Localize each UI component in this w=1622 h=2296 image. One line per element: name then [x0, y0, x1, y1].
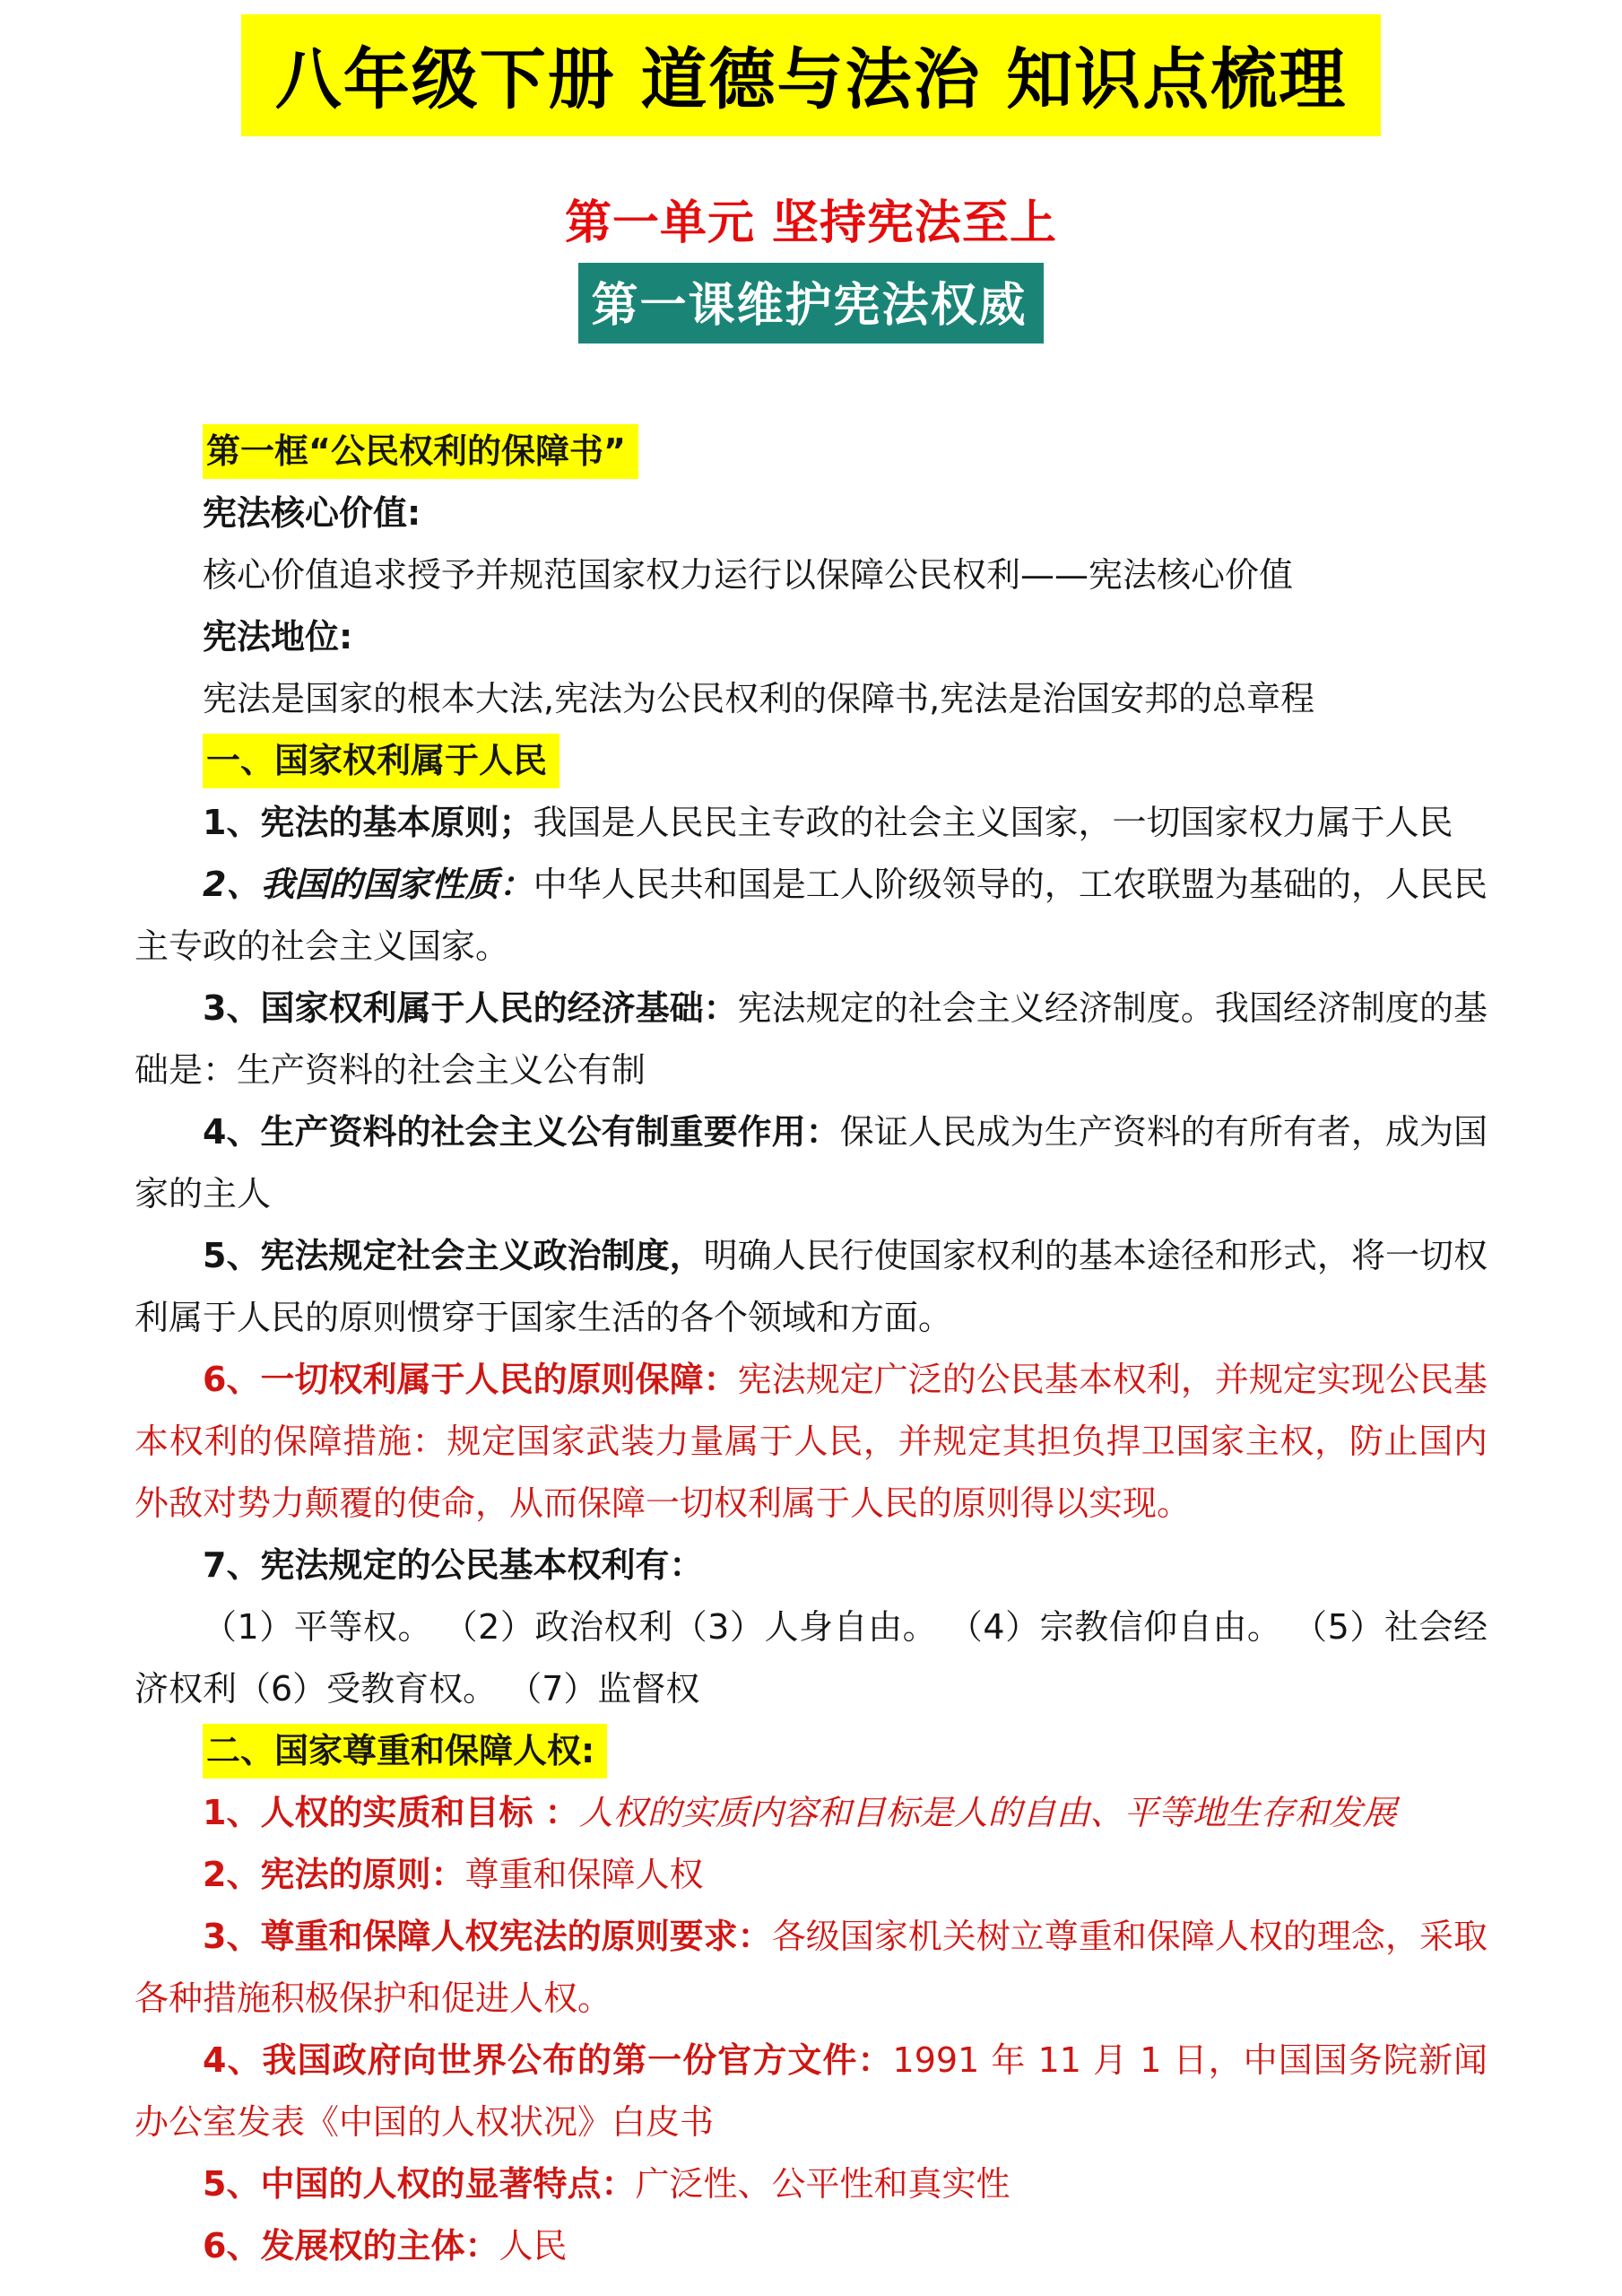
text-run: 人权的实质内容和目标是人的自由、平等地生存和发展 [579, 1793, 1397, 1832]
paragraph-s2-item-6: 6、发展权的主体：人民 [134, 2215, 1488, 2277]
text-run: 6、一切权利属于人民的原则保障： [203, 1360, 738, 1399]
paragraph-s1-item-4: 4、生产资料的社会主义公有制重要作用：保证人民成为生产资料的有所有者，成为国家的… [134, 1101, 1488, 1225]
text-run: 二、国家尊重和保障人权: [203, 1724, 607, 1779]
paragraph-s1-item-3: 3、国家权利属于人民的经济基础：宪法规定的社会主义经济制度。我国经济制度的基础是… [134, 978, 1488, 1101]
paragraph-status-text: 宪法是国家的根本大法,宪法为公民权利的保障书,宪法是治国安邦的总章程 [134, 668, 1488, 730]
paragraph-s1-item-6: 6、一切权利属于人民的原则保障：宪法规定广泛的公民基本权利，并规定实现公民基本权… [134, 1349, 1488, 1535]
text-run: 尊重和保障人权 [464, 1855, 703, 1894]
document-page: 八年级下册 道德与法治 知识点梳理 第一单元 坚持宪法至上 第一课维护宪法权威 … [0, 0, 1622, 2296]
text-run: 宪法核心价值: [203, 493, 421, 533]
paragraph-core-value-label: 宪法核心价值: [134, 483, 1488, 544]
text-run: 7、宪法规定的公民基本权利有： [203, 1545, 703, 1585]
paragraph-core-value-text: 核心价值追求授予并规范国家权力运行以保障公民权利——宪法核心价值 [134, 544, 1488, 606]
paragraph-s2-item-4: 4、我国政府向世界公布的第一份官方文件：1991 年 11 月 1 日，中国国务… [134, 2030, 1488, 2153]
paragraph-frame-heading: 第一框“公民权利的保障书” [134, 421, 1488, 483]
text-run: 5、中国的人权的显著特点： [203, 2164, 635, 2204]
paragraph-s2-item-1: 1、人权的实质和目标 ：人权的实质内容和目标是人的自由、平等地生存和发展 [134, 1782, 1488, 1844]
text-run: 6、发展权的主体： [203, 2226, 499, 2266]
paragraph-s2-item-5: 5、中国的人权的显著特点：广泛性、公平性和真实性 [134, 2153, 1488, 2215]
text-run: 人民 [499, 2226, 567, 2266]
document-title: 八年级下册 道德与法治 知识点梳理 [241, 14, 1382, 136]
document-body: 第一框“公民权利的保障书”宪法核心价值:核心价值追求授予并规范国家权力运行以保障… [134, 421, 1488, 2277]
text-run: 3、尊重和保障人权宪法的原则要求： [203, 1917, 772, 1956]
text-run: 1、人权的实质和目标 ： [203, 1793, 579, 1832]
text-run: 核心价值追求授予并规范国家权力运行以保障公民权利——宪法核心价值 [203, 555, 1293, 595]
paragraph-s1-item-1: 1、宪法的基本原则；我国是人民民主专政的社会主义国家，一切国家权力属于人民 [134, 792, 1488, 854]
paragraph-section-2-heading: 二、国家尊重和保障人权: [134, 1720, 1488, 1782]
text-run: 2、我国的国家性质： [203, 865, 533, 904]
paragraph-s2-item-2: 2、宪法的原则：尊重和保障人权 [134, 1844, 1488, 1906]
text-run: 一、国家权利属于人民 [203, 734, 559, 788]
paragraph-s1-item-5: 5、宪法规定社会主义政治制度，明确人民行使国家权利的基本途径和形式，将一切权利属… [134, 1225, 1488, 1349]
text-run: 宪法是国家的根本大法,宪法为公民权利的保障书,宪法是治国安邦的总章程 [203, 679, 1314, 718]
text-run: 3、国家权利属于人民的经济基础： [203, 988, 738, 1028]
text-run: 宪法地位: [203, 617, 352, 657]
paragraph-status-label: 宪法地位: [134, 606, 1488, 668]
paragraph-s1-item-2: 2、我国的国家性质：中华人民共和国是工人阶级领导的，工农联盟为基础的，人民民主专… [134, 854, 1488, 978]
text-run: 第一框“公民权利的保障书” [203, 424, 638, 479]
text-run: 我国是人民民主专政的社会主义国家，一切国家权力属于人民 [533, 803, 1453, 842]
text-run: 4、生产资料的社会主义公有制重要作用： [203, 1112, 840, 1152]
paragraph-s1-item-7-list: （1）平等权。 （2）政治权利（3）人身自由。 （4）宗教信仰自由。 （5）社会… [134, 1596, 1488, 1720]
text-run: （1）平等权。 （2）政治权利（3）人身自由。 （4）宗教信仰自由。 （5）社会… [134, 1607, 1488, 1709]
paragraph-s2-item-3: 3、尊重和保障人权宪法的原则要求：各级国家机关树立尊重和保障人权的理念，采取各种… [134, 1906, 1488, 2030]
unit-heading: 第一单元 坚持宪法至上 [134, 185, 1488, 252]
text-run: 4、我国政府向世界公布的第一份官方文件： [203, 2040, 893, 2080]
lesson-heading: 第一课维护宪法权威 [578, 263, 1043, 344]
paragraph-s1-item-7: 7、宪法规定的公民基本权利有： [134, 1535, 1488, 1596]
text-run: 广泛性、公平性和真实性 [635, 2164, 1010, 2204]
text-run: 5、宪法规定社会主义政治制度， [203, 1236, 704, 1275]
text-run: 2、宪法的原则： [203, 1855, 464, 1894]
paragraph-section-1-heading: 一、国家权利属于人民 [134, 730, 1488, 792]
text-run: 1、宪法的基本原则； [203, 803, 533, 842]
